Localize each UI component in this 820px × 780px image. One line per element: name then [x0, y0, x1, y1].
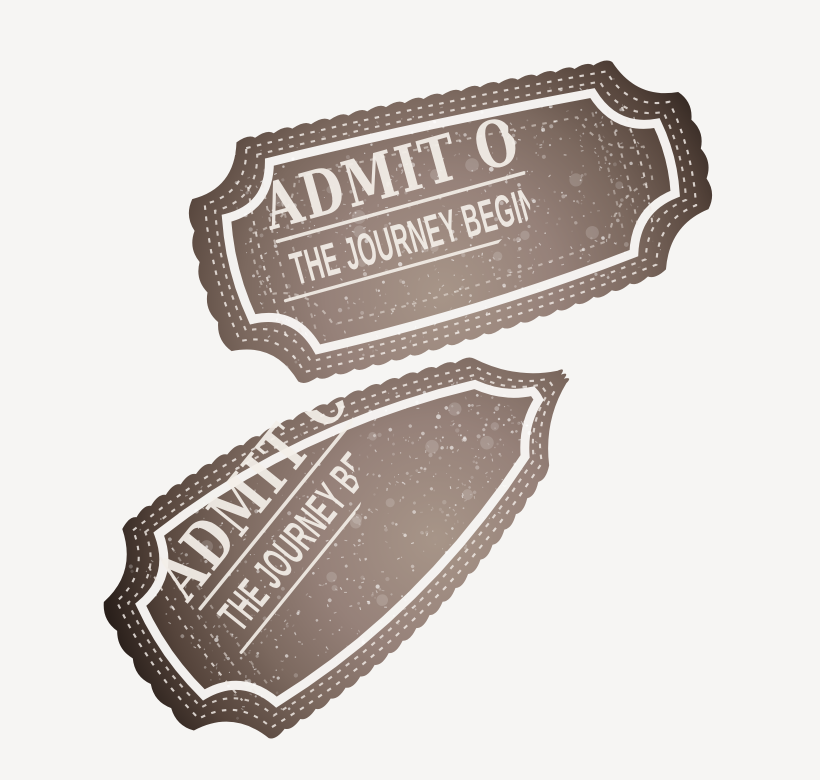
tickets-graphic: ADMIT ONETHE JOURNEY BEGINS HEREADMIT ON…: [0, 0, 820, 780]
artwork-canvas: ADMIT ONETHE JOURNEY BEGINS HEREADMIT ON…: [0, 0, 820, 780]
front-ticket: ADMIT ONETHE JOURNEY BEGINS HERE: [168, 27, 737, 404]
